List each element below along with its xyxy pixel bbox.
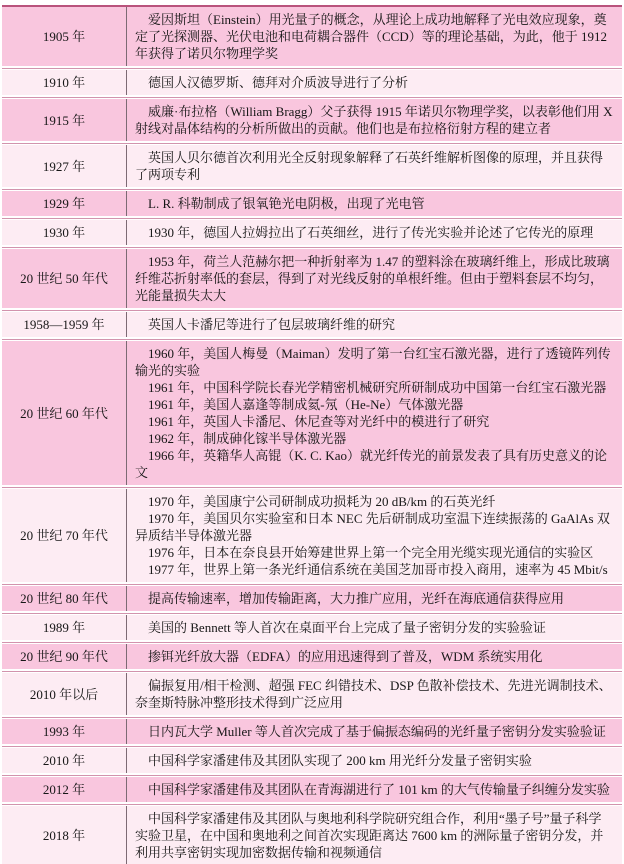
content-cell: 英国人卡潘尼等进行了包层玻璃纤维的研究 (127, 312, 622, 337)
event-paragraph: 威廉·布拉格（William Bragg）父子获得 1915 年诺贝尔物理学奖，… (135, 103, 614, 137)
content-cell: 中国科学家潘建伟及其团队与奥地利科学院研究组合作，利用“墨子号”量子科学实验卫星… (127, 806, 622, 864)
year-cell: 1905 年 (2, 7, 127, 66)
event-paragraph: 1961 年，美国人嘉逢等制成氦-氖（He-Ne）气体激光器 (135, 396, 614, 413)
event-paragraph: 日内瓦大学 Muller 等人首次完成了基于偏振态编码的光纤量子密钥分发实验验证 (135, 723, 614, 740)
year-label: 20 世纪 50 年代 (20, 270, 108, 287)
year-cell: 2012 年 (2, 777, 127, 802)
content-cell: 1930 年，德国人拉姆拉出了石英细丝，进行了传光实验并论述了它传光的原理 (127, 220, 622, 245)
timeline-table: 1905 年 爱因斯坦（Einstein）用光量子的概念，从理论上成功地解释了光… (2, 5, 622, 864)
year-cell: 1910 年 (2, 70, 127, 95)
event-paragraph: 美国的 Bennett 等人首次在桌面平台上完成了量子密钥分发的实验验证 (135, 619, 614, 636)
year-cell: 2010 年 (2, 748, 127, 773)
content-cell: 偏振复用/相干检测、超强 FEC 纠错技术、DSP 色散补偿技术、先进光调制技术… (127, 673, 622, 715)
year-cell: 20 世纪 80 年代 (2, 586, 127, 611)
content-cell: 威廉·布拉格（William Bragg）父子获得 1915 年诺贝尔物理学奖，… (127, 99, 622, 141)
year-label: 1927 年 (43, 158, 85, 175)
table-row: 20 世纪 80 年代 提高传输速率，增加传输距离，大力推广应用，光纤在海底通信… (2, 586, 622, 611)
year-label: 1929 年 (43, 195, 85, 212)
event-paragraph: 1970 年，美国贝尔实验室和日本 NEC 先后研制成功室温下连续振荡的 GaA… (135, 510, 614, 544)
event-paragraph: 英国人贝尔德首次利用光全反射现象解释了石英纤维解析图像的原理，并且获得了两项专利 (135, 149, 614, 183)
year-cell: 1993 年 (2, 719, 127, 744)
content-cell: 爱因斯坦（Einstein）用光量子的概念，从理论上成功地解释了光电效应现象，奠… (127, 7, 622, 66)
year-label: 20 世纪 80 年代 (20, 590, 108, 607)
year-cell: 20 世纪 50 年代 (2, 249, 127, 308)
content-cell: 日内瓦大学 Muller 等人首次完成了基于偏振态编码的光纤量子密钥分发实验验证 (127, 719, 622, 744)
content-cell: 掺铒光纤放大器（EDFA）的应用迅速得到了普及，WDM 系统实用化 (127, 644, 622, 669)
table-row: 1993 年 日内瓦大学 Muller 等人首次完成了基于偏振态编码的光纤量子密… (2, 719, 622, 744)
event-paragraph: 掺铒光纤放大器（EDFA）的应用迅速得到了普及，WDM 系统实用化 (135, 648, 614, 665)
event-paragraph: 1966 年，英籍华人高锟（K. C. Kao）就光纤传光的前景发表了具有历史意… (135, 447, 614, 481)
year-cell: 20 世纪 70 年代 (2, 489, 127, 582)
event-paragraph: 中国科学家潘建伟及其团队与奥地利科学院研究组合作，利用“墨子号”量子科学实验卫星… (135, 810, 614, 861)
year-cell: 1915 年 (2, 99, 127, 141)
event-paragraph: 英国人卡潘尼等进行了包层玻璃纤维的研究 (135, 316, 614, 333)
table-row: 1989 年 美国的 Bennett 等人首次在桌面平台上完成了量子密钥分发的实… (2, 615, 622, 640)
table-row: 1929 年 L. R. 科勒制成了银氧铯光电阴极，出现了光电管 (2, 191, 622, 216)
year-cell: 1930 年 (2, 220, 127, 245)
event-paragraph: 提高传输速率，增加传输距离，大力推广应用，光纤在海底通信获得应用 (135, 590, 614, 607)
year-label: 2010 年 (43, 752, 85, 769)
table-row: 1905 年 爱因斯坦（Einstein）用光量子的概念，从理论上成功地解释了光… (2, 7, 622, 66)
year-label: 20 世纪 60 年代 (20, 405, 108, 422)
table-row: 2018 年 中国科学家潘建伟及其团队与奥地利科学院研究组合作，利用“墨子号”量… (2, 806, 622, 864)
table-row: 1910 年 德国人汉德罗斯、德拜对介质波导进行了分析 (2, 70, 622, 95)
content-cell: 中国科学家潘建伟及其团队在青海湖进行了 101 km 的大气传输量子纠缠分发实验 (127, 777, 622, 802)
year-label: 1958—1959 年 (23, 316, 104, 333)
table-row: 20 世纪 90 年代 掺铒光纤放大器（EDFA）的应用迅速得到了普及，WDM … (2, 644, 622, 669)
event-paragraph: 1962 年，制成砷化镓半导体激光器 (135, 430, 614, 447)
year-cell: 20 世纪 60 年代 (2, 341, 127, 485)
year-label: 2018 年 (43, 827, 85, 844)
event-paragraph: 德国人汉德罗斯、德拜对介质波导进行了分析 (135, 74, 614, 91)
year-cell: 2010 年以后 (2, 673, 127, 715)
content-cell: 英国人贝尔德首次利用光全反射现象解释了石英纤维解析图像的原理，并且获得了两项专利 (127, 145, 622, 187)
table-row: 1930 年 1930 年，德国人拉姆拉出了石英细丝，进行了传光实验并论述了它传… (2, 220, 622, 245)
content-cell: 1960 年，美国人梅曼（Maiman）发明了第一台红宝石激光器，进行了透镜阵列… (127, 341, 622, 485)
content-cell: 1970 年，美国康宁公司研制成功损耗为 20 dB/km 的石英光纤1970 … (127, 489, 622, 582)
year-cell: 1958—1959 年 (2, 312, 127, 337)
year-cell: 1989 年 (2, 615, 127, 640)
event-paragraph: 中国科学家潘建伟及其团队实现了 200 km 用光纤分发量子密钥实验 (135, 752, 614, 769)
content-cell: 美国的 Bennett 等人首次在桌面平台上完成了量子密钥分发的实验验证 (127, 615, 622, 640)
table-row: 2010 年以后 偏振复用/相干检测、超强 FEC 纠错技术、DSP 色散补偿技… (2, 673, 622, 715)
event-paragraph: 1961 年，中国科学院长春光学精密机械研究所研制成功中国第一台红宝石激光器 (135, 379, 614, 396)
table-row: 20 世纪 60 年代 1960 年，美国人梅曼（Maiman）发明了第一台红宝… (2, 341, 622, 485)
year-label: 1910 年 (43, 74, 85, 91)
year-label: 1905 年 (43, 28, 85, 45)
event-paragraph: 1953 年，荷兰人范赫尔把一种折射率为 1.47 的塑料涂在玻璃纤维上，形成比… (135, 253, 614, 304)
year-label: 20 世纪 70 年代 (20, 527, 108, 544)
table-row: 20 世纪 70 年代 1970 年，美国康宁公司研制成功损耗为 20 dB/k… (2, 489, 622, 582)
content-cell: 提高传输速率，增加传输距离，大力推广应用，光纤在海底通信获得应用 (127, 586, 622, 611)
year-cell: 1927 年 (2, 145, 127, 187)
content-cell: 德国人汉德罗斯、德拜对介质波导进行了分析 (127, 70, 622, 95)
year-label: 1915 年 (43, 112, 85, 129)
event-paragraph: 1977 年，世界上第一条光纤通信系统在美国芝加哥市投入商用，速率为 45 Mb… (135, 561, 614, 578)
year-label: 2010 年以后 (30, 686, 98, 703)
year-cell: 20 世纪 90 年代 (2, 644, 127, 669)
table-row: 1927 年 英国人贝尔德首次利用光全反射现象解释了石英纤维解析图像的原理，并且… (2, 145, 622, 187)
table-row: 2012 年 中国科学家潘建伟及其团队在青海湖进行了 101 km 的大气传输量… (2, 777, 622, 802)
content-cell: L. R. 科勒制成了银氧铯光电阴极，出现了光电管 (127, 191, 622, 216)
event-paragraph: 1976 年，日本在奈良县开始筹建世界上第一个完全用光缆实现光通信的实验区 (135, 544, 614, 561)
year-cell: 2018 年 (2, 806, 127, 864)
event-paragraph: 1960 年，美国人梅曼（Maiman）发明了第一台红宝石激光器，进行了透镜阵列… (135, 345, 614, 379)
year-cell: 1929 年 (2, 191, 127, 216)
year-label: 1930 年 (43, 224, 85, 241)
content-cell: 中国科学家潘建伟及其团队实现了 200 km 用光纤分发量子密钥实验 (127, 748, 622, 773)
event-paragraph: 偏振复用/相干检测、超强 FEC 纠错技术、DSP 色散补偿技术、先进光调制技术… (135, 677, 614, 711)
event-paragraph: L. R. 科勒制成了银氧铯光电阴极，出现了光电管 (135, 195, 614, 212)
event-paragraph: 1961 年，英国人卡潘尼、休尼查等对光纤中的模进行了研究 (135, 413, 614, 430)
table-row: 2010 年 中国科学家潘建伟及其团队实现了 200 km 用光纤分发量子密钥实… (2, 748, 622, 773)
year-label: 1989 年 (43, 619, 85, 636)
table-row: 1915 年 威廉·布拉格（William Bragg）父子获得 1915 年诺… (2, 99, 622, 141)
year-label: 2012 年 (43, 781, 85, 798)
event-paragraph: 1970 年，美国康宁公司研制成功损耗为 20 dB/km 的石英光纤 (135, 493, 614, 510)
event-paragraph: 中国科学家潘建伟及其团队在青海湖进行了 101 km 的大气传输量子纠缠分发实验 (135, 781, 614, 798)
event-paragraph: 爱因斯坦（Einstein）用光量子的概念，从理论上成功地解释了光电效应现象，奠… (135, 11, 614, 62)
page: 1905 年 爱因斯坦（Einstein）用光量子的概念，从理论上成功地解释了光… (2, 5, 622, 864)
table-row: 1958—1959 年 英国人卡潘尼等进行了包层玻璃纤维的研究 (2, 312, 622, 337)
table-row: 20 世纪 50 年代 1953 年，荷兰人范赫尔把一种折射率为 1.47 的塑… (2, 249, 622, 308)
year-label: 20 世纪 90 年代 (20, 648, 108, 665)
content-cell: 1953 年，荷兰人范赫尔把一种折射率为 1.47 的塑料涂在玻璃纤维上，形成比… (127, 249, 622, 308)
event-paragraph: 1930 年，德国人拉姆拉出了石英细丝，进行了传光实验并论述了它传光的原理 (135, 224, 614, 241)
year-label: 1993 年 (43, 723, 85, 740)
